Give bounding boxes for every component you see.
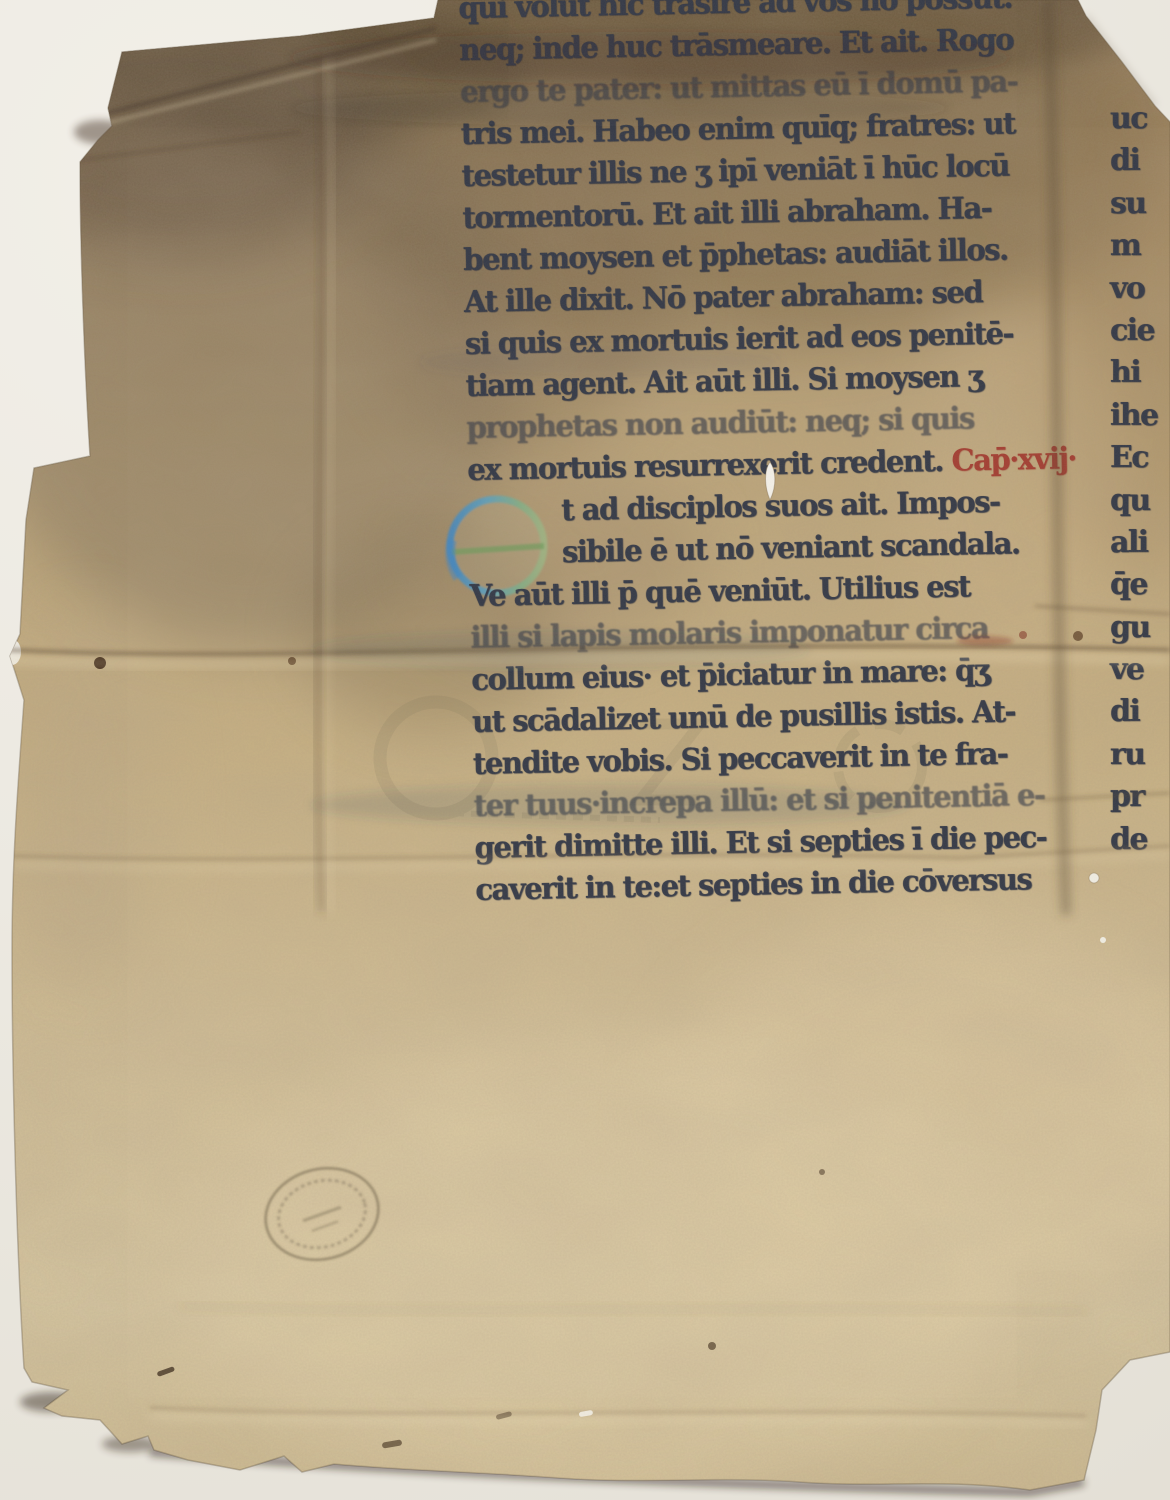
text-line-fragment: di [1110,140,1170,182]
text-line: neq; inde huc trāsmeare. Et ait. Rogo [459,19,1032,72]
text-line: tiam agent. Ait aūt illi. Si moysen ʒ [465,355,1038,408]
parchment-holes [579,462,1106,1417]
manuscript-photo: qui volūt hīc trāsire ad vos nō possūt.n… [0,0,1170,1500]
text-line-fragment: su [1110,183,1170,225]
text-line-content: prophetas non audiūt: neq; si quis [466,401,974,446]
library-stamp [256,1157,388,1272]
text-line-content: tris mei. Habeo enim quīq; fratres: ut [460,106,1015,152]
text-line-fragment: q̄e [1110,564,1170,606]
text-line-content: bent moysen et p̄phetas: audiāt illos. [463,233,1008,278]
text-line-fragment: ali [1110,522,1170,564]
text-line: illi si lapis molaris imponatur circa [470,607,1043,660]
text-line-fragment: de [1110,819,1170,861]
right-text-column: ucdisumvociehiiheEcqualiq̄eguvediruprde [1110,98,1170,861]
ink-smudges [290,32,1027,825]
text-line: qui volūt hīc trāsire ad vos nō possūt. [458,0,1031,30]
text-line-content: sibile ē ut nō veniant scandala. [562,526,1020,570]
text-line-content: testetur illis ne ʒ ipī veniāt ī hūc loc… [461,148,1009,193]
text-line: ut scādalizet unū de pusillis istis. At- [472,691,1045,744]
text-line-content: tiam agent. Ait aūt illi. Si moysen ʒ [465,359,982,404]
text-line-content: neq; inde huc trāsmeare. Et ait. Rogo [459,22,1013,68]
text-line-content: collum eius· et p̄iciatur in mare: q̄ʒ [471,653,989,698]
main-text-column: qui volūt hīc trāsire ad vos nō possūt.n… [458,0,1048,912]
text-line: sibile ē ut nō veniant scandala. [468,523,1041,576]
text-line: si quis ex mortuis ierit ad eos penitē- [464,313,1037,366]
wormholes [3,631,1083,1463]
text-line: caverit in te:et septies in die cōversus [475,859,1048,912]
text-line: tendite vobis. Si peccaverit in te fra- [473,733,1046,786]
text-line: testetur illis ne ʒ ipī veniāt ī hūc loc… [461,145,1034,198]
text-line-content: tendite vobis. Si peccaverit in te fra- [473,737,1008,782]
text-line: ergo te pater: ut mittas eū ī domū pa- [460,61,1033,114]
parchment-surface [0,0,1170,1500]
text-line-fragment: hi [1110,352,1170,394]
text-line-fragment: ru [1110,734,1170,776]
chapter-rubric: Cap̄·xvij· [951,441,1076,478]
text-line: Ve aūt illi p̄ quē veniūt. Utilius est [469,565,1042,618]
text-line-content: At ille dixit. Nō pater abraham: sed [464,275,983,320]
text-line-fragment: qu [1110,480,1170,522]
fold-creases [8,0,1170,1423]
text-line: tris mei. Habeo enim quīq; fratres: ut [460,103,1033,156]
surface-overlay [0,0,1170,1500]
text-line-fragment: ve [1110,649,1170,691]
text-line-fragment: Ec [1110,437,1170,479]
text-line: bent moysen et p̄phetas: audiāt illos. [463,229,1036,282]
text-line-content: ter tuus·increpa illū: et si penitentiā … [473,778,1044,824]
parchment-leaf [0,0,1170,1500]
text-line-fragment: cie [1110,310,1170,352]
text-line: t ad disciplos suos ait. Impos- [468,481,1041,534]
watermark [380,702,922,820]
text-line: ex mortuis resurrexerit credent.Cap̄·xvi… [467,439,1040,492]
text-line: gerit dimitte illi. Et si septies ī die … [474,817,1047,870]
text-line-fragment: gu [1110,607,1170,649]
text-line-content: qui volūt hīc trāsire ad vos nō possūt. [458,0,1012,26]
text-line-fragment: di [1110,691,1170,733]
text-line-fragment: ihe [1110,395,1170,437]
text-line: ter tuus·increpa illū: et si penitentiā … [473,775,1046,828]
text-line-content: ut scādalizet unū de pusillis istis. At- [472,694,1015,739]
text-line-content: ex mortuis resurrexerit credent. [467,444,943,488]
text-line-content: si quis ex mortuis ierit ad eos penitē- [465,316,1014,362]
text-line: collum eius· et p̄iciatur in mare: q̄ʒ [471,649,1044,702]
text-line: prophetas non audiūt: neq; si quis [466,397,1039,450]
text-line-fragment: uc [1110,98,1170,140]
text-line-content: tormentorū. Et ait illi abraham. Ha- [462,191,991,236]
text-line-fragment: vo [1110,268,1170,310]
text-line-fragment: pr [1110,776,1170,818]
text-line: tormentorū. Et ait illi abraham. Ha- [462,187,1035,240]
leaf-bottom-shadow [150,1452,1084,1492]
text-line-content: illi si lapis molaris imponatur circa [470,611,988,656]
text-line-content: ergo te pater: ut mittas eū ī domū pa- [460,64,1018,110]
text-line-content: caverit in te:et septies in die cōversus [475,862,1032,908]
text-line-fragment: m [1110,225,1170,267]
text-line-content: Ve aūt illi p̄ quē veniūt. Utilius est [469,569,970,614]
text-line: At ille dixit. Nō pater abraham: sed [464,271,1037,324]
initial-guide-circle [450,499,544,593]
text-line-content: gerit dimitte illi. Et si septies ī die … [474,820,1046,866]
parchment-outline [10,0,1170,1490]
text-line-content: t ad disciplos suos ait. Impos- [561,485,1000,528]
